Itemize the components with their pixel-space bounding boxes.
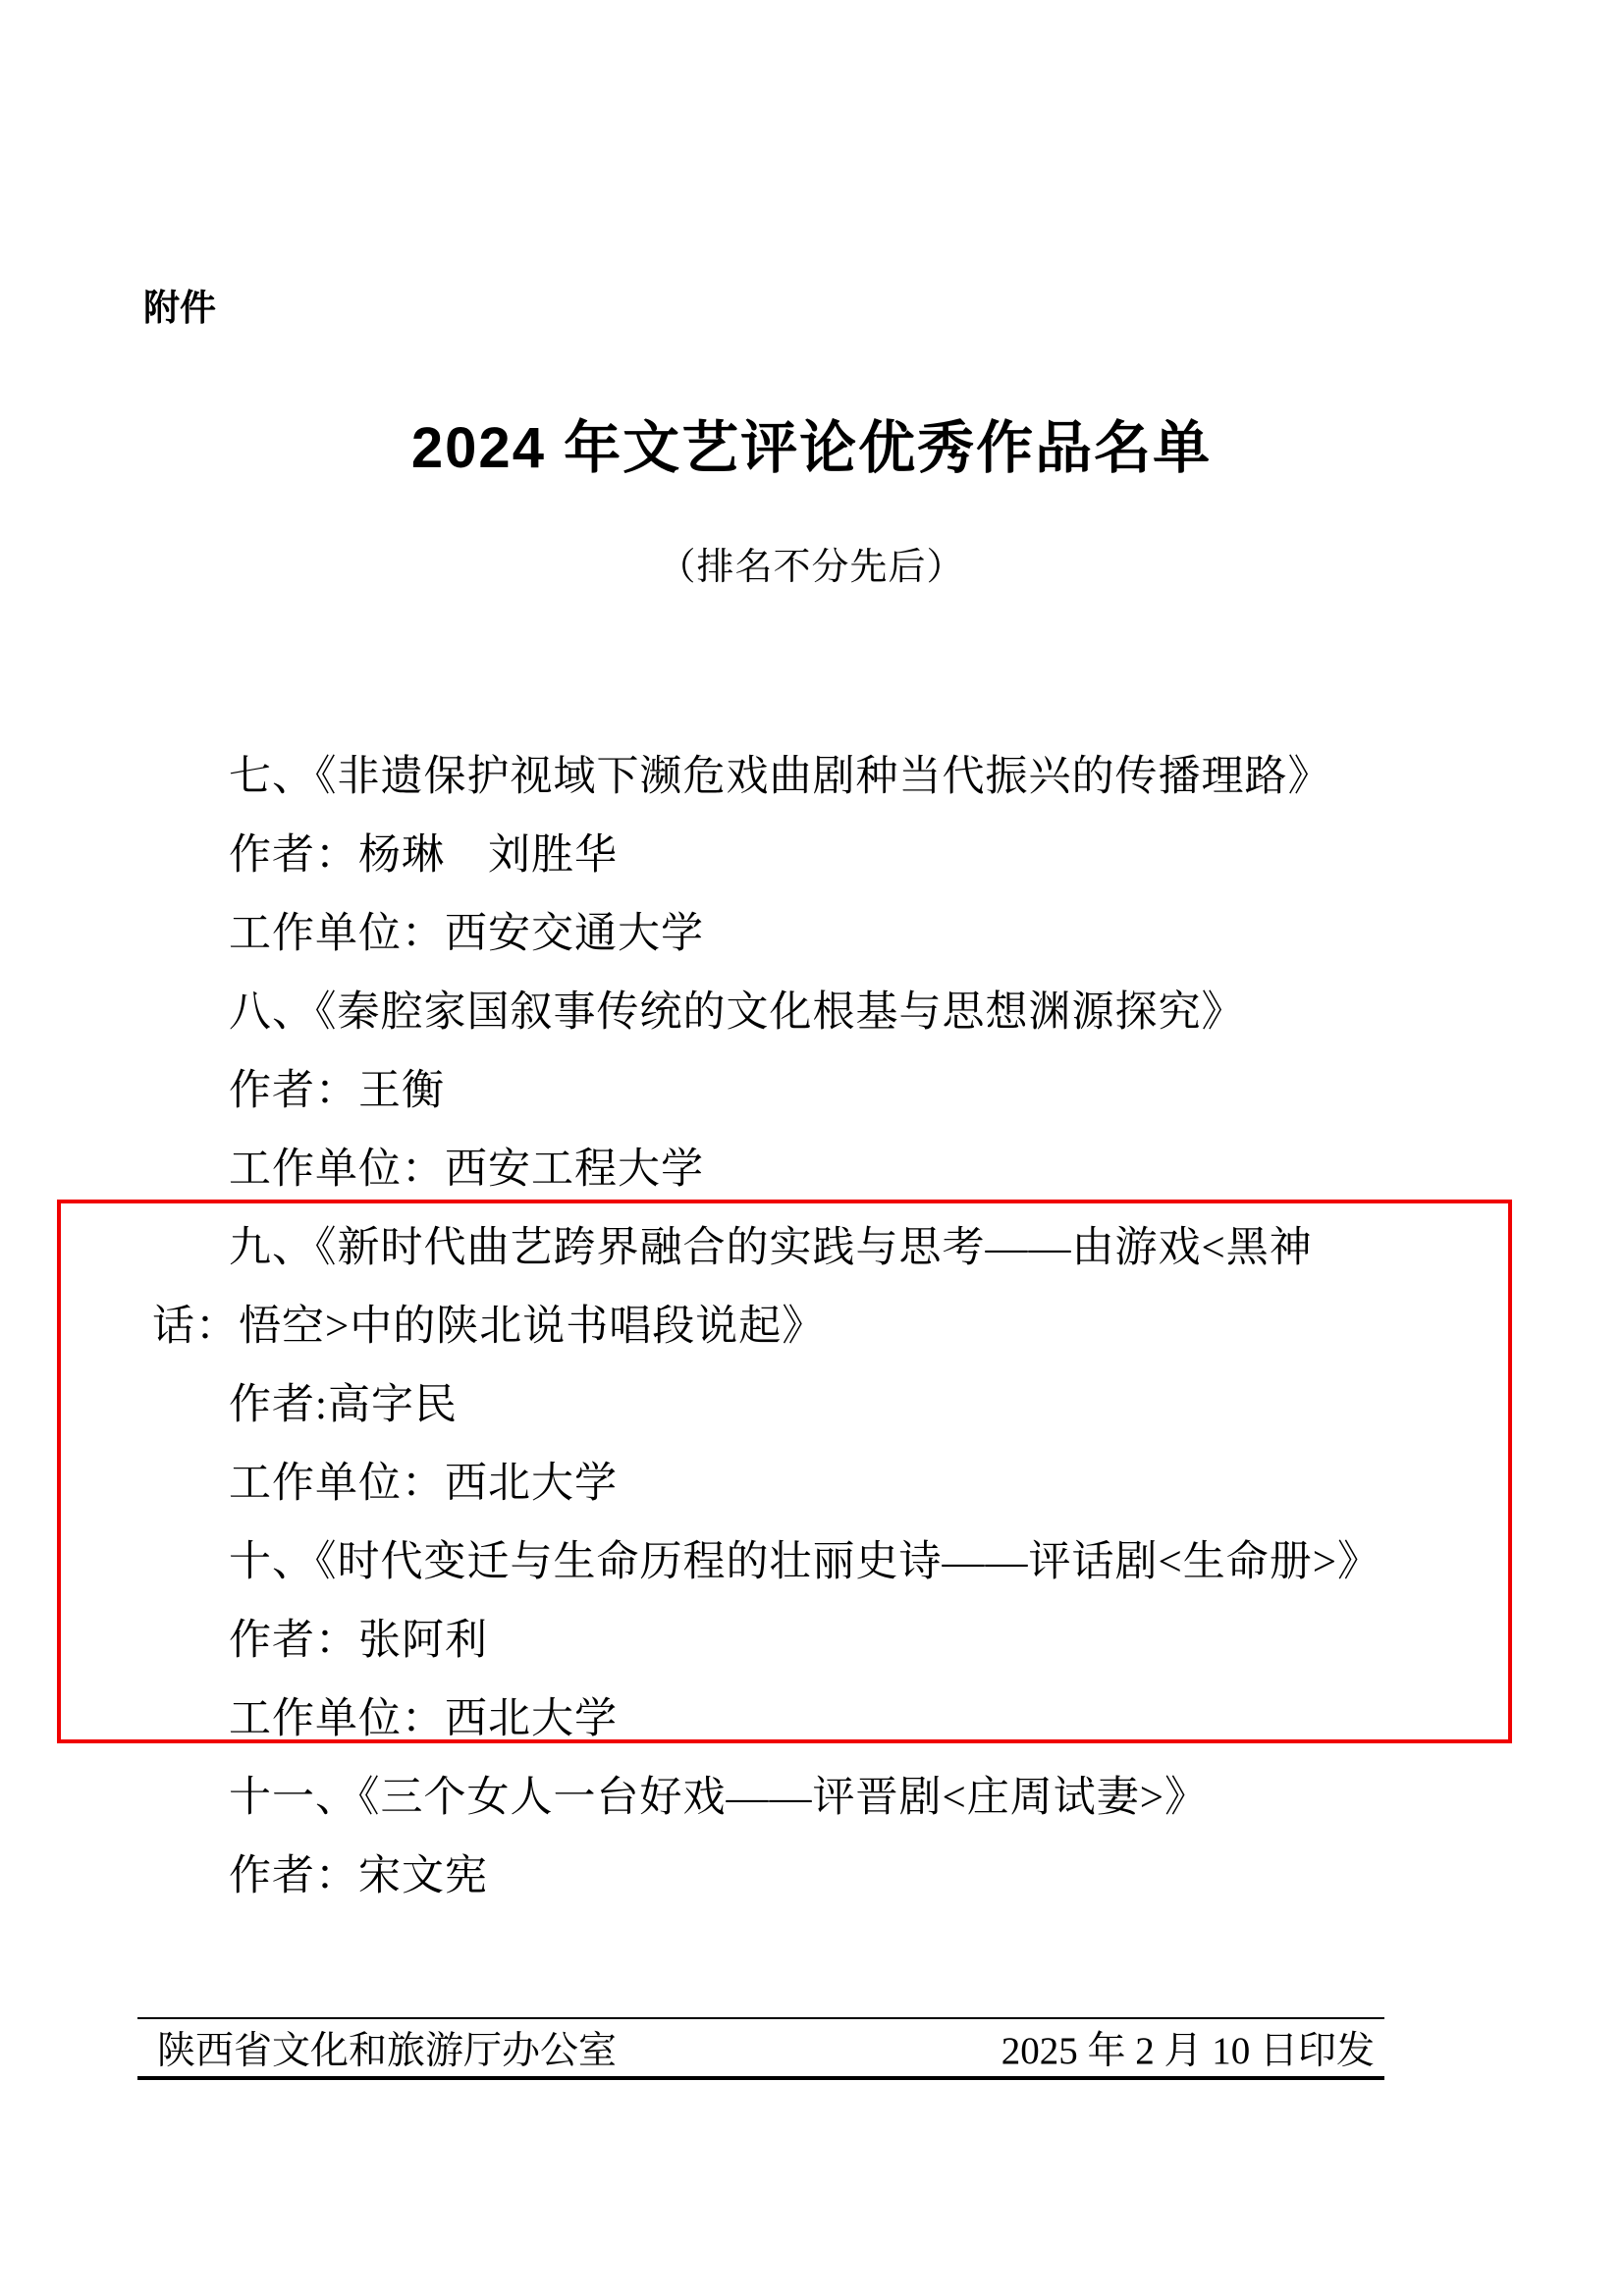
entry-10-title: 十、《时代变迁与生命历程的壮丽史诗——评话剧<生命册>》 xyxy=(152,1523,1556,1602)
entry-9-title-line-1: 九、《新时代曲艺跨界融合的实践与思考——由游戏<黑神 xyxy=(152,1209,1556,1288)
entry-10-unit: 工作单位：西北大学 xyxy=(152,1681,1556,1759)
entry-9-unit: 工作单位：西北大学 xyxy=(152,1445,1556,1523)
entries-list: 七、《非遗保护视域下濒危戏曲剧种当代振兴的传播理路》作者：杨琳 刘胜华工作单位：… xyxy=(152,738,1556,1916)
document-page: 附件 2024 年文艺评论优秀作品名单 （排名不分先后） 七、《非遗保护视域下濒… xyxy=(0,0,1623,2296)
attachment-label: 附件 xyxy=(143,287,216,330)
footer-office: 陕西省文化和旅游厅办公室 xyxy=(157,2020,617,2075)
entry-9-author: 作者:高字民 xyxy=(152,1366,1556,1445)
entry-11-author: 作者：宋文宪 xyxy=(152,1838,1556,1916)
entry-10-author: 作者：张阿利 xyxy=(152,1602,1556,1681)
entry-8-author: 作者：王衡 xyxy=(152,1052,1556,1131)
entry-7-author: 作者：杨琳 刘胜华 xyxy=(152,817,1556,895)
entry-8-unit: 工作单位：西安工程大学 xyxy=(152,1131,1556,1209)
entry-9-title-line-2: 话：悟空>中的陕北说书唱段说起》 xyxy=(152,1288,1556,1366)
entry-7-title: 七、《非遗保护视域下濒危戏曲剧种当代振兴的传播理路》 xyxy=(152,738,1556,817)
footer: 陕西省文化和旅游厅办公室 2025 年 2 月 10 日印发 xyxy=(137,2017,1384,2080)
entry-11-title: 十一、《三个女人一台好戏——评晋剧<庄周试妻>》 xyxy=(152,1759,1556,1838)
page-title: 2024 年文艺评论优秀作品名单 xyxy=(0,414,1623,483)
entry-7-unit: 工作单位：西安交通大学 xyxy=(152,895,1556,974)
entry-8-title: 八、《秦腔家国叙事传统的文化根基与思想渊源探究》 xyxy=(152,974,1556,1052)
page-subtitle: （排名不分先后） xyxy=(0,544,1623,591)
footer-print-date: 2025 年 2 月 10 日印发 xyxy=(1001,2020,1375,2075)
